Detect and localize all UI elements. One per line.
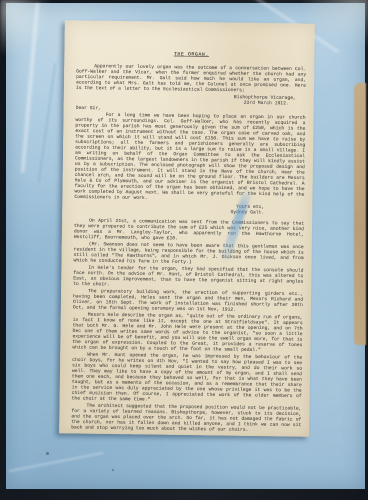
paragraph: The architect suggested that the propose… [71,402,301,433]
paper-crease [21,3,40,173]
paragraph: Messrs Hele describe the organ as, "quit… [72,311,303,353]
album-paper: THE ORGAN. Apparently our lovely organ w… [6,3,365,489]
paragraph: The preparatory building work, the erect… [73,288,303,313]
paper-speck [46,452,49,455]
scrapbook-photo: THE ORGAN. Apparently our lovely organ w… [0,0,368,500]
intro-paragraph: Apparently our lovely organ was the outc… [76,63,306,94]
paper-worn-patch [0,0,52,57]
paragraph: On April 21st, a communication was sent … [74,217,304,242]
typed-text-block: THE ORGAN. Apparently our lovely organ w… [71,50,306,436]
adjacent-page-edge [354,83,366,345]
paper-crease [38,63,57,182]
paper-crease [9,452,104,472]
letter-body: For a long time we have been hoping to p… [74,111,305,202]
typed-document: THE ORGAN. Apparently our lovely organ w… [59,20,315,436]
paper-speck [112,469,114,471]
paragraph: (Mr. Swanson does not seem to have been … [74,241,304,266]
page-number: (18) [71,436,301,437]
paragraph: When Mr. Hunt opened the organ, he was i… [72,351,303,404]
signoff: Yours etc, Sydney Galt. [74,201,304,215]
paragraph: In Hele's tender for the organ, they had… [73,264,303,289]
document-title: THE ORGAN. [76,50,306,59]
letter-address: Bishopthorpe Vicarage, 23rd March 1912. [76,92,306,106]
